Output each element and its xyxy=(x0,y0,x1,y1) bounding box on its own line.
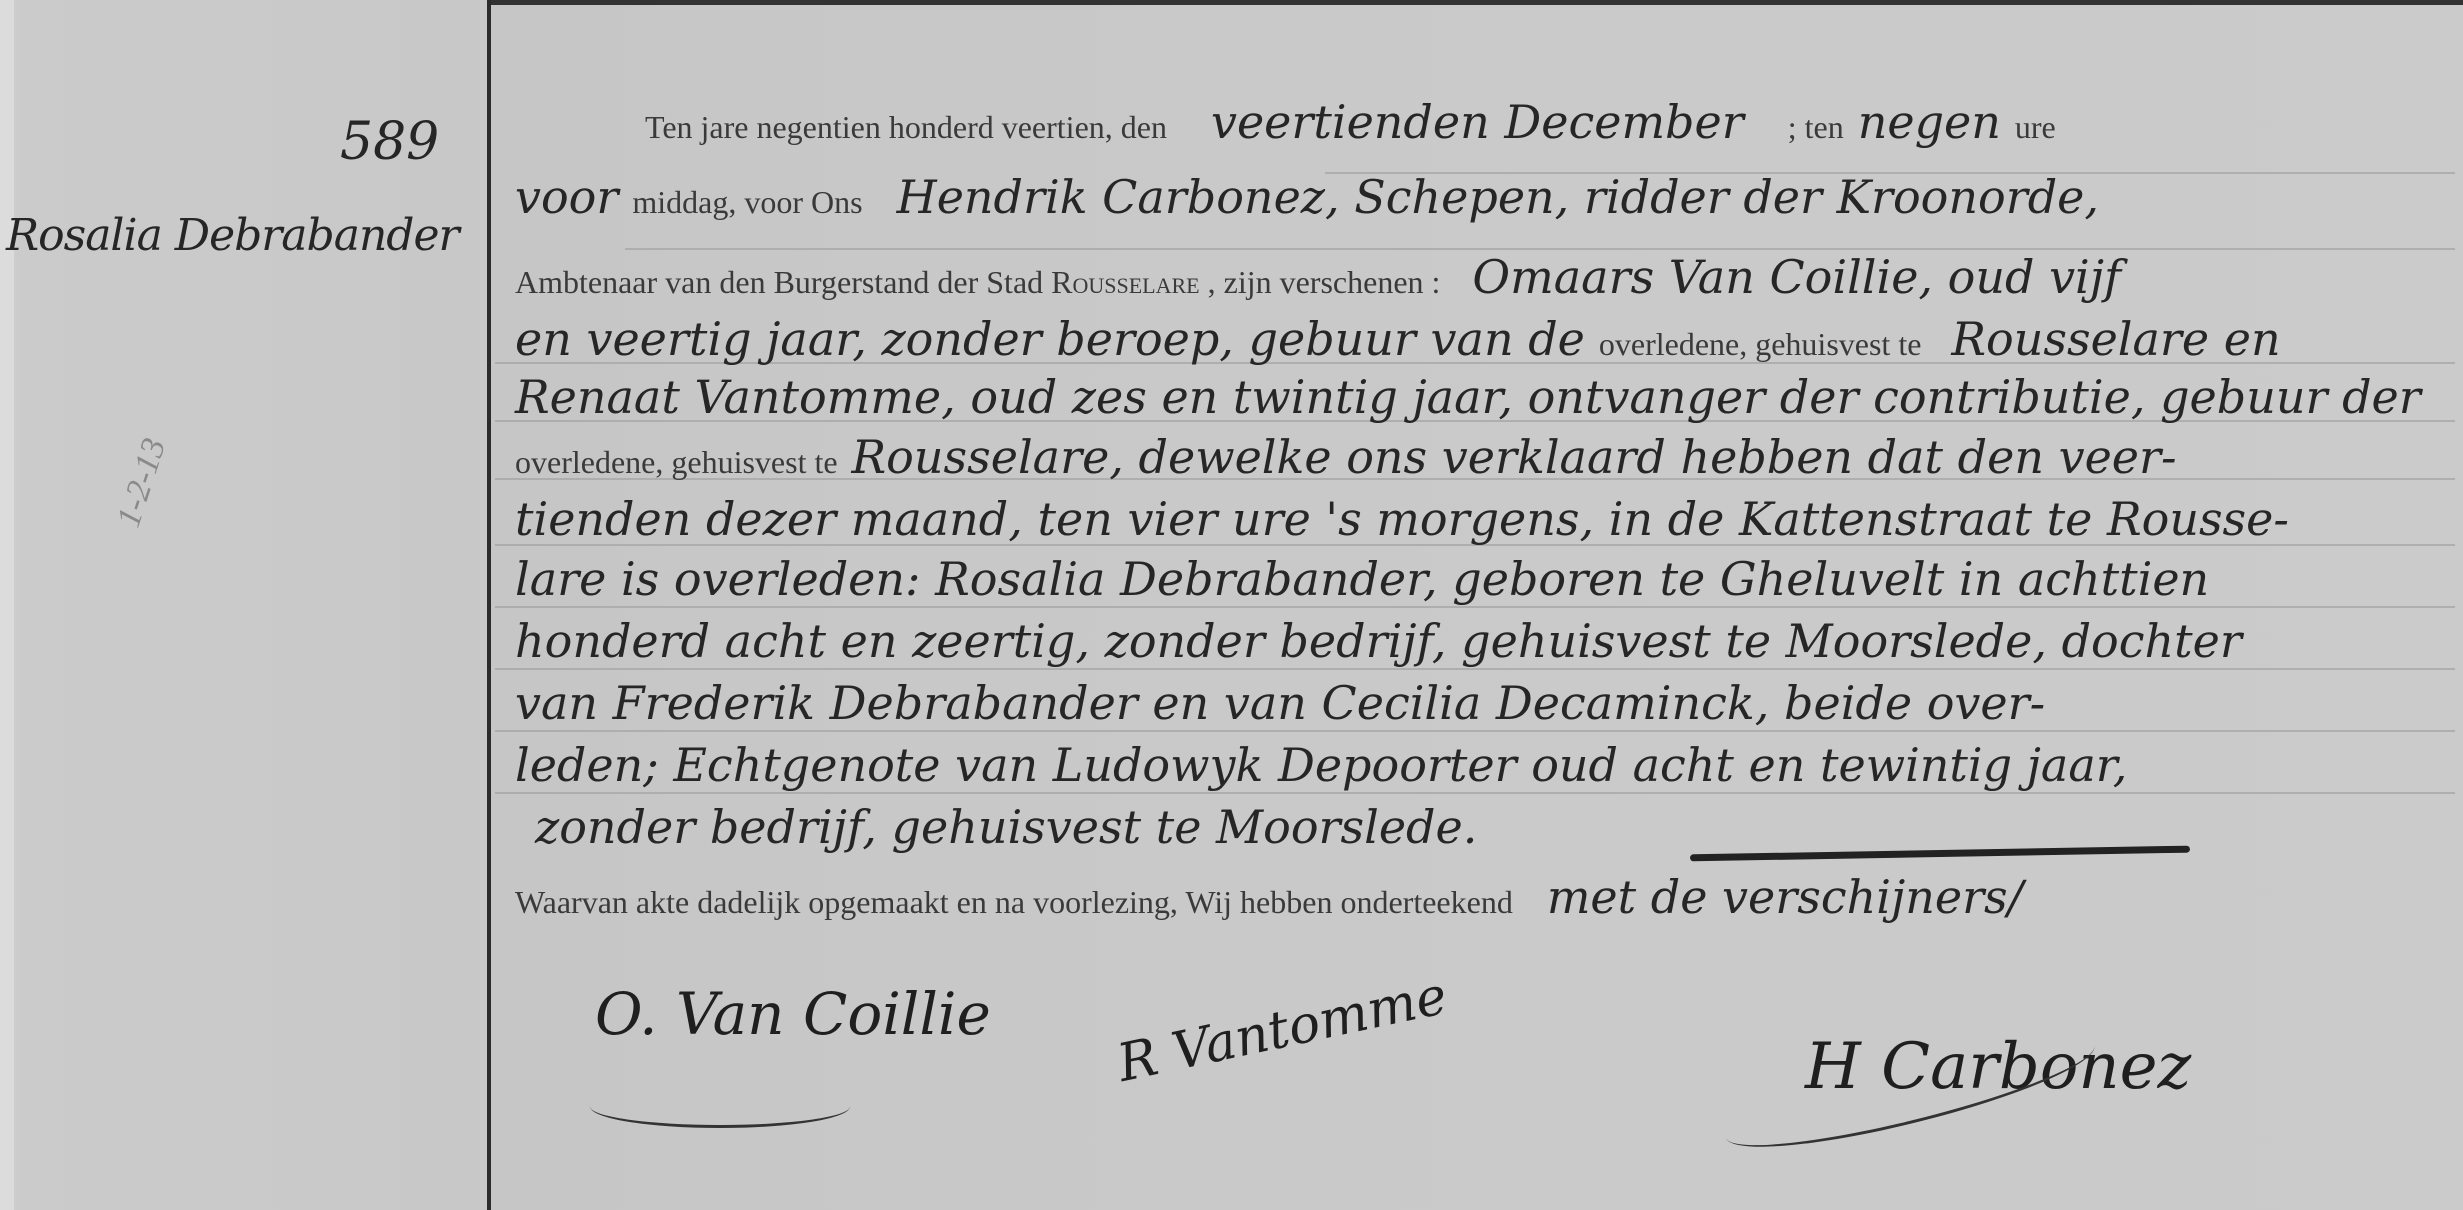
margin-column: 589 Rosalia Debrabander 1-2-13 xyxy=(0,0,487,1210)
signature-witness-1: O. Van Coillie xyxy=(595,980,991,1048)
document-page: 589 Rosalia Debrabander 1-2-13 Ten jare … xyxy=(0,0,2463,1210)
margin-divider-rule xyxy=(487,0,491,1210)
margin-deceased-name: Rosalia Debrabander xyxy=(6,210,459,261)
record-line-1: Ten jare negentien honderd veertien, den… xyxy=(645,95,2463,165)
handwritten-text: met de verschijners/ xyxy=(1547,870,2023,924)
handwritten-spouse: leden; Echtgenote van Ludowyk Depoorter … xyxy=(515,738,2127,792)
record-line-12: zonder bedrijf, gehuisvest te Moorslede. xyxy=(535,800,2463,870)
handwritten-witness-2: Renaat Vantomme, oud zes en twintig jaar… xyxy=(515,370,2421,424)
record-line-9: honderd acht en zeertig, zonder bedrijf,… xyxy=(515,614,2463,684)
printed-text: ; ten xyxy=(1788,109,1844,146)
pencil-annotation: 1-2-13 xyxy=(110,434,174,532)
handwritten-text: en veertig jaar, zonder beroep, gebuur v… xyxy=(515,312,1585,366)
handwritten-text: honderd acht en zeertig, zonder bedrijf,… xyxy=(515,614,2242,668)
record-line-3: Ambtenaar van den Burgerstand der Stad R… xyxy=(515,250,2463,320)
handwritten-text: Rousselare en xyxy=(1951,312,2280,366)
record-line-2: voor middag, voor Ons Hendrik Carbonez, … xyxy=(515,170,2463,240)
record-line-11: leden; Echtgenote van Ludowyk Depoorter … xyxy=(515,738,2463,808)
printed-text: Ten jare negentien honderd veertien, den xyxy=(645,109,1167,146)
handwritten-text: tienden dezer maand, ten vier ure 's mor… xyxy=(515,492,2289,546)
printed-text: overledene, gehuisvest te xyxy=(1599,326,1922,363)
record-line-8: lare is overleden: Rosalia Debrabander, … xyxy=(515,552,2463,622)
handwritten-date: veertienden December xyxy=(1211,95,1744,149)
printed-text: Ambtenaar van den Burgerstand der Stad xyxy=(515,264,1043,301)
printed-text: ure xyxy=(2015,109,2056,146)
handwritten-text: voor xyxy=(515,170,618,224)
printed-text: overledene, gehuisvest te xyxy=(515,444,838,481)
printed-city: Rousselare xyxy=(1051,264,1199,301)
handwritten-deceased: lare is overleden: Rosalia Debrabander, … xyxy=(515,552,2209,606)
handwritten-witness-1: Omaars Van Coillie, oud vijf xyxy=(1472,250,2121,304)
printed-closing: Waarvan akte dadelijk opgemaakt en na vo… xyxy=(515,884,1513,921)
record-line-10: van Frederik Debrabander en van Cecilia … xyxy=(515,676,2463,746)
handwritten-officer-name: Hendrik Carbonez, Schepen, ridder der Kr… xyxy=(897,170,2099,224)
handwritten-parents: van Frederik Debrabander en van Cecilia … xyxy=(515,676,2045,730)
record-line-13: Waarvan akte dadelijk opgemaakt en na vo… xyxy=(515,870,2463,940)
handwritten-text: zonder bedrijf, gehuisvest te Moorslede. xyxy=(535,800,1477,854)
record-line-6: overledene, gehuisvest te Rousselare, de… xyxy=(515,430,2463,500)
entry-number: 589 xyxy=(340,112,439,172)
handwritten-hour: negen xyxy=(1858,95,2001,149)
printed-text: middag, voor Ons xyxy=(632,184,862,221)
signature-flourish xyxy=(590,1085,850,1128)
handwritten-text: Rousselare, dewelke ons verklaard hebben… xyxy=(852,430,2177,484)
printed-text: , zijn verschenen : xyxy=(1208,264,1441,301)
